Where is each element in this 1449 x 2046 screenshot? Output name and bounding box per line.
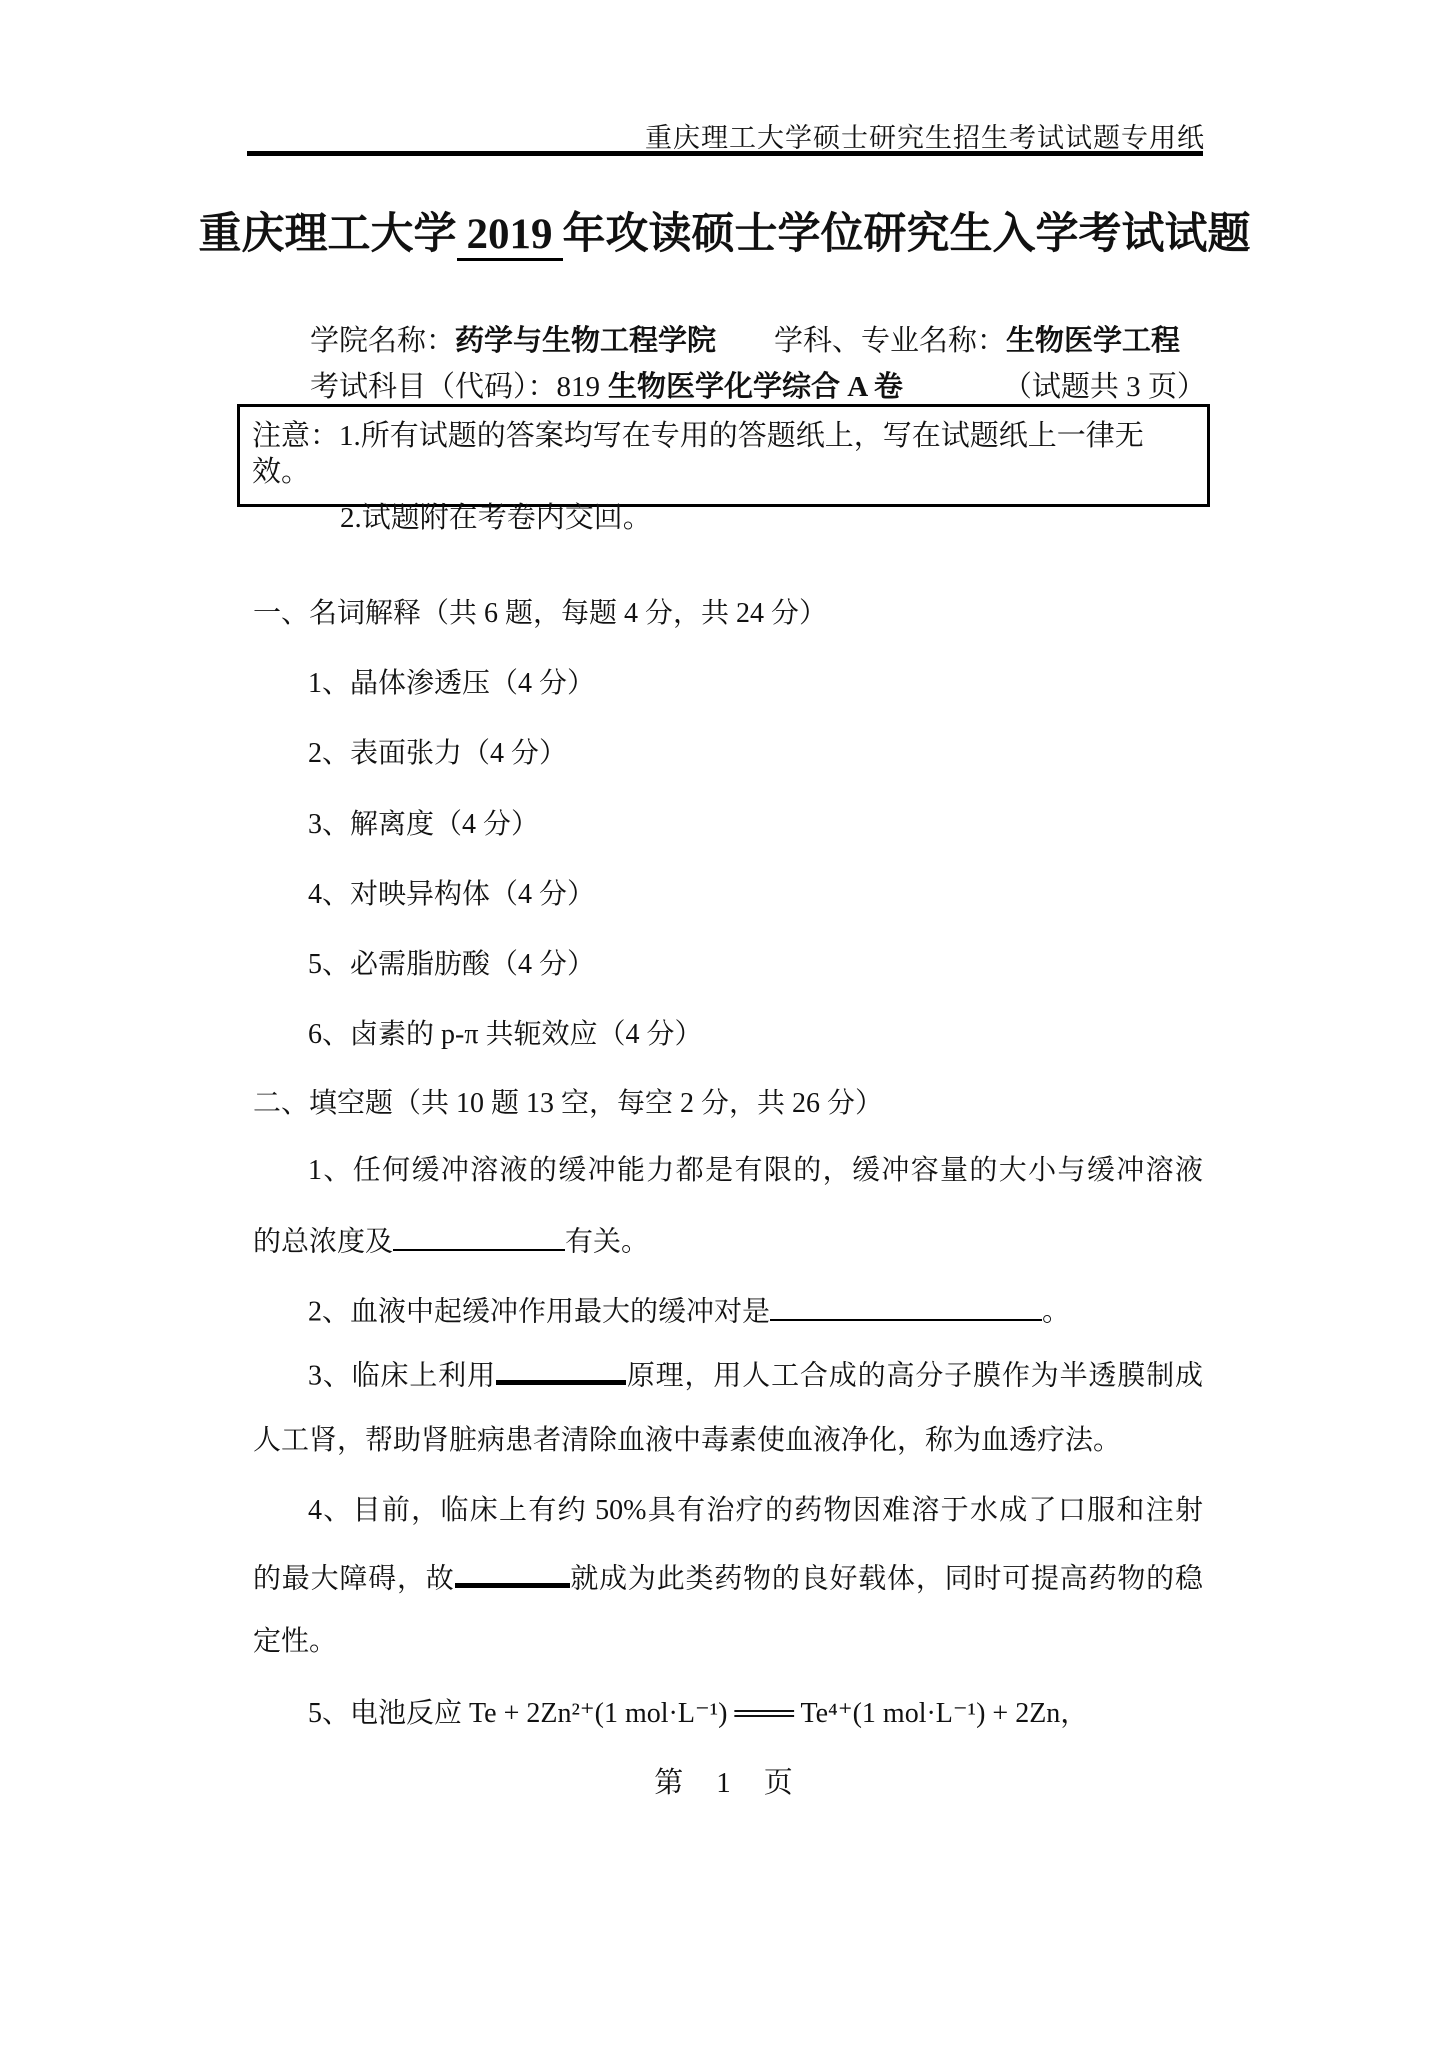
subject-code: 819: [557, 371, 601, 403]
major-label: 学科、专业名称：: [774, 325, 1006, 357]
fill-q3-line2: 人工肾，帮助肾脏病患者清除血液中毒素使血液净化，称为血透疗法。: [253, 1422, 1203, 1459]
notice-line-2: 2.试题附在考卷内交回。: [252, 500, 1197, 536]
definition-item-6: 6、卤素的 p-π 共轭效应（4 分）: [253, 1016, 1203, 1053]
exam-title-year: 2019: [457, 211, 563, 261]
college-label: 学院名称：: [310, 325, 455, 357]
page-number: 第 1 页: [0, 1760, 1449, 1801]
exam-paper-page: 重庆理工大学硕士研究生招生考试试题专用纸 重庆理工大学2019年攻读硕士学位研究…: [0, 0, 1449, 2046]
notice-box: 注意：1.所有试题的答案均写在专用的答题纸上，写在试题纸上一律无效。 2.试题附…: [237, 404, 1210, 507]
subject-label: 考试科目（代码）：: [310, 371, 557, 403]
exam-title-pre: 重庆理工大学: [199, 211, 457, 258]
info-line-subject: 考试科目（代码）：819生物医学化学综合 A 卷（试题共 3 页）: [310, 364, 1206, 405]
fill-q2-pre: 2、血液中起缓冲作用最大的缓冲对是: [308, 1297, 770, 1328]
section2-heading: 二、填空题（共 10 题 13 空，每空 2 分，共 26 分）: [253, 1085, 1203, 1122]
fill-q5-pre: 5、电池反应 Te + 2Zn²⁺(1 mol·L⁻¹): [308, 1698, 734, 1729]
fill-q5-line: 5、电池反应 Te + 2Zn²⁺(1 mol·L⁻¹) ═══ Te⁴⁺(1 …: [253, 1695, 1203, 1732]
blank-underline-q1: [393, 1222, 565, 1251]
definition-item-5: 5、必需脂肪酸（4 分）: [253, 946, 1203, 983]
fill-q4-line2: 的最大障碍，故就成为此类药物的良好载体，同时可提高药物的稳: [253, 1556, 1203, 1598]
info-line-college-major: 学院名称：药学与生物工程学院学科、专业名称：生物医学工程: [310, 318, 1180, 359]
major-value: 生物医学工程: [1006, 325, 1180, 357]
pages-note: （试题共 3 页）: [1003, 371, 1206, 403]
fill-q4-line1: 4、目前，临床上有约 50%具有治疗的药物因难溶于水成了口服和注射: [253, 1492, 1203, 1529]
blank-underline-q2: [770, 1292, 1042, 1321]
exam-title: 重庆理工大学2019年攻读硕士学位研究生入学考试试题: [0, 200, 1449, 261]
fill-q1-line2-post: 有关。: [565, 1227, 649, 1258]
definition-item-1: 1、晶体渗透压（4 分）: [253, 665, 1203, 702]
header-rule: [247, 151, 1203, 156]
equilibrium-sign: ═══: [734, 1698, 794, 1729]
fill-q2-line: 2、血液中起缓冲作用最大的缓冲对是。: [253, 1292, 1203, 1331]
fill-q1-line1: 1、任何缓冲溶液的缓冲能力都是有限的，缓冲容量的大小与缓冲溶液: [253, 1152, 1203, 1189]
definition-item-3: 3、解离度（4 分）: [253, 806, 1203, 843]
fill-q4-line2-post: 就成为此类药物的良好载体，同时可提高药物的稳: [570, 1564, 1203, 1595]
fill-q5-post: Te⁴⁺(1 mol·L⁻¹) + 2Zn，: [794, 1698, 1088, 1729]
section1-heading: 一、名词解释（共 6 题，每题 4 分，共 24 分）: [253, 595, 1203, 632]
paper-header-text: 重庆理工大学硕士研究生招生考试试题专用纸: [645, 116, 1205, 155]
exam-title-post: 年攻读硕士学位研究生入学考试试题: [563, 211, 1251, 258]
definition-item-4: 4、对映异构体（4 分）: [253, 876, 1203, 913]
fill-q1-line2-pre: 的总浓度及: [253, 1227, 393, 1258]
fill-q4-line3: 定性。: [253, 1623, 1203, 1660]
blank-underline-q4: [455, 1556, 570, 1588]
college-value: 药学与生物工程学院: [455, 325, 716, 357]
definition-item-2: 2、表面张力（4 分）: [253, 735, 1203, 772]
fill-q3-line1: 3、临床上利用原理，用人工合成的高分子膜作为半透膜制成: [253, 1353, 1203, 1395]
fill-q2-post: 。: [1042, 1297, 1070, 1328]
fill-q4-line2-pre: 的最大障碍，故: [253, 1564, 455, 1595]
subject-value: 生物医学化学综合 A 卷: [608, 371, 903, 403]
fill-q3-line1-post: 原理，用人工合成的高分子膜作为半透膜制成: [626, 1361, 1203, 1392]
fill-q1-line2: 的总浓度及有关。: [253, 1222, 1203, 1261]
fill-q3-line1-pre: 3、临床上利用: [308, 1361, 496, 1392]
blank-underline-q3: [496, 1353, 626, 1385]
notice-line-1: 注意：1.所有试题的答案均写在专用的答题纸上，写在试题纸上一律无效。: [252, 418, 1197, 490]
